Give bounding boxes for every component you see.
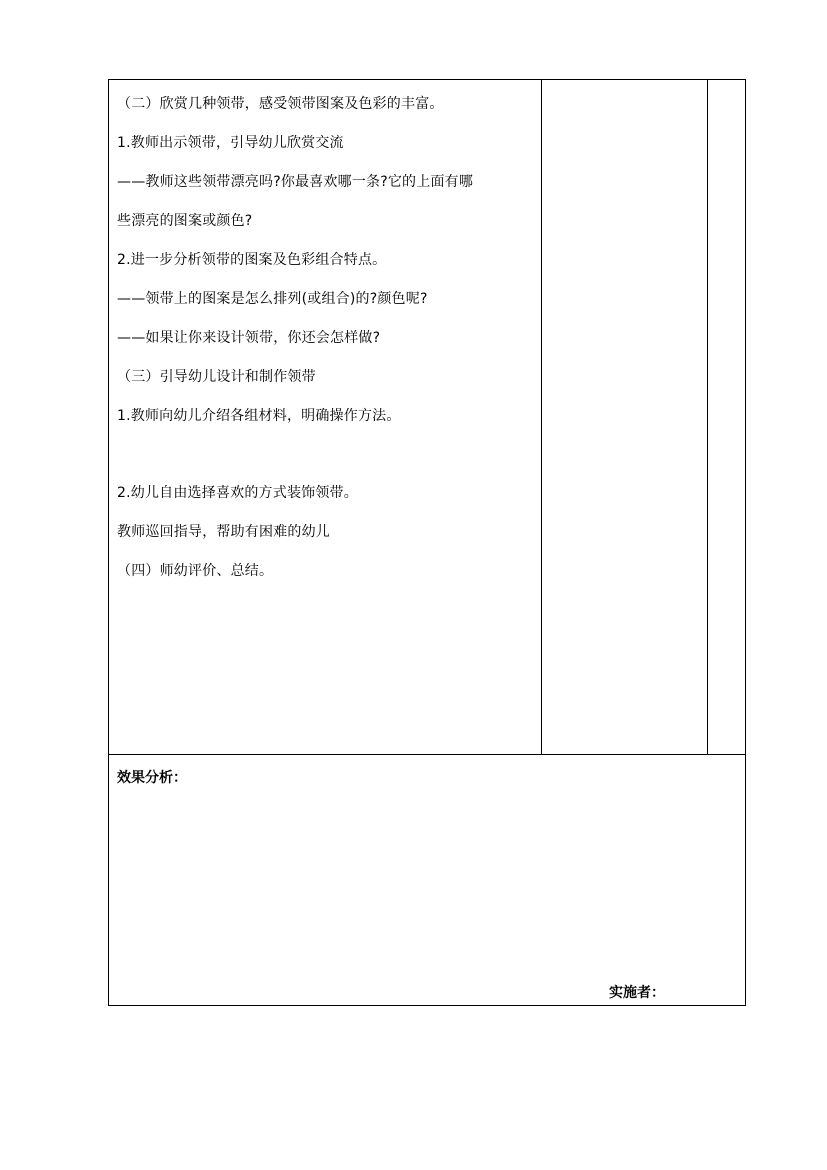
analysis-label: 效果分析： bbox=[117, 769, 187, 787]
question-2-2a: ——领带上的图案是怎么排列(或组合)的?颜色呢? bbox=[117, 290, 428, 308]
step-2-1: 1.教师出示领带，引导幼儿欣赏交流 bbox=[117, 134, 344, 152]
step-2-2: 2.进一步分析领带的图案及色彩组合特点。 bbox=[117, 251, 386, 269]
implementer-label: 实施者： bbox=[609, 984, 665, 1002]
step-3-1: 1.教师向幼儿介绍各组材料，明确操作方法。 bbox=[117, 407, 401, 425]
section-4-heading: （四）师幼评价、总结。 bbox=[117, 562, 273, 580]
right-cell bbox=[708, 80, 745, 754]
question-2-1a: ——教师这些领带漂亮吗?你最喜欢哪一条?它的上面有哪 bbox=[117, 173, 473, 191]
question-2-1b: 些漂亮的图案或颜色? bbox=[117, 212, 252, 230]
analysis-row: 效果分析： 实施者： bbox=[109, 755, 745, 1005]
section-2-heading: （二）欣赏几种领带，感受领带图案及色彩的丰富。 bbox=[117, 95, 444, 113]
middle-cell bbox=[542, 80, 708, 754]
step-3-2: 2.幼儿自由选择喜欢的方式装饰领带。 bbox=[117, 484, 358, 502]
activity-process-row: （二）欣赏几种领带，感受领带图案及色彩的丰富。 1.教师出示领带，引导幼儿欣赏交… bbox=[109, 80, 745, 755]
lesson-plan-table: （二）欣赏几种领带，感受领带图案及色彩的丰富。 1.教师出示领带，引导幼儿欣赏交… bbox=[108, 79, 746, 1006]
process-cell: （二）欣赏几种领带，感受领带图案及色彩的丰富。 1.教师出示领带，引导幼儿欣赏交… bbox=[109, 80, 542, 754]
step-3-2-note: 教师巡回指导，帮助有困难的幼儿 bbox=[117, 523, 330, 541]
section-3-heading: （三）引导幼儿设计和制作领带 bbox=[117, 368, 316, 386]
question-2-2b: ——如果让你来设计领带，你还会怎样做? bbox=[117, 329, 380, 347]
